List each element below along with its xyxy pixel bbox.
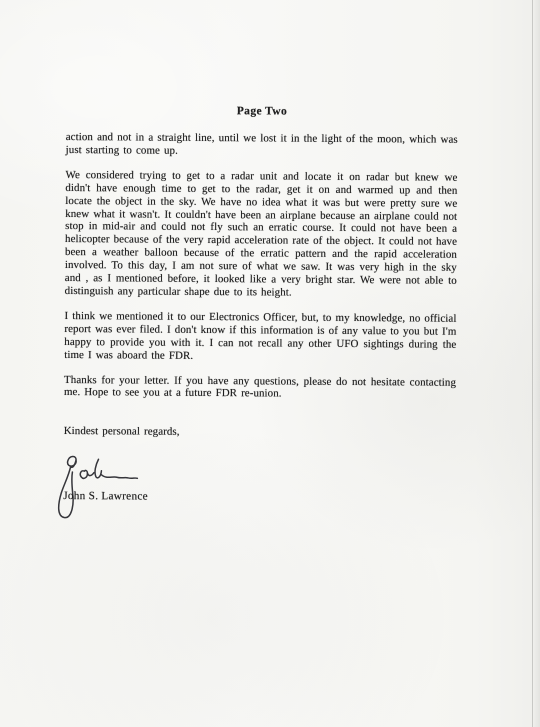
- scanned-letter-page: Page Two action and not in a straight li…: [0, 0, 540, 727]
- closing-salutation: Kindest personal regards,: [64, 425, 456, 441]
- paragraph-thanks: Thanks for your letter. If you have any …: [64, 373, 456, 402]
- paragraph-radar: We considered trying to get to a radar u…: [65, 169, 458, 301]
- page-edge-shading: [533, 0, 540, 727]
- signature-typed-name: John S. Lawrence: [63, 490, 148, 503]
- letter-body: Page Two action and not in a straight li…: [63, 103, 458, 543]
- paragraph-report: I think we mentioned it to our Electroni…: [64, 310, 456, 364]
- paragraph-continuation: action and not in a straight line, until…: [66, 131, 458, 160]
- page-title: Page Two: [66, 103, 458, 120]
- signature-block: John S. Lawrence: [63, 450, 456, 543]
